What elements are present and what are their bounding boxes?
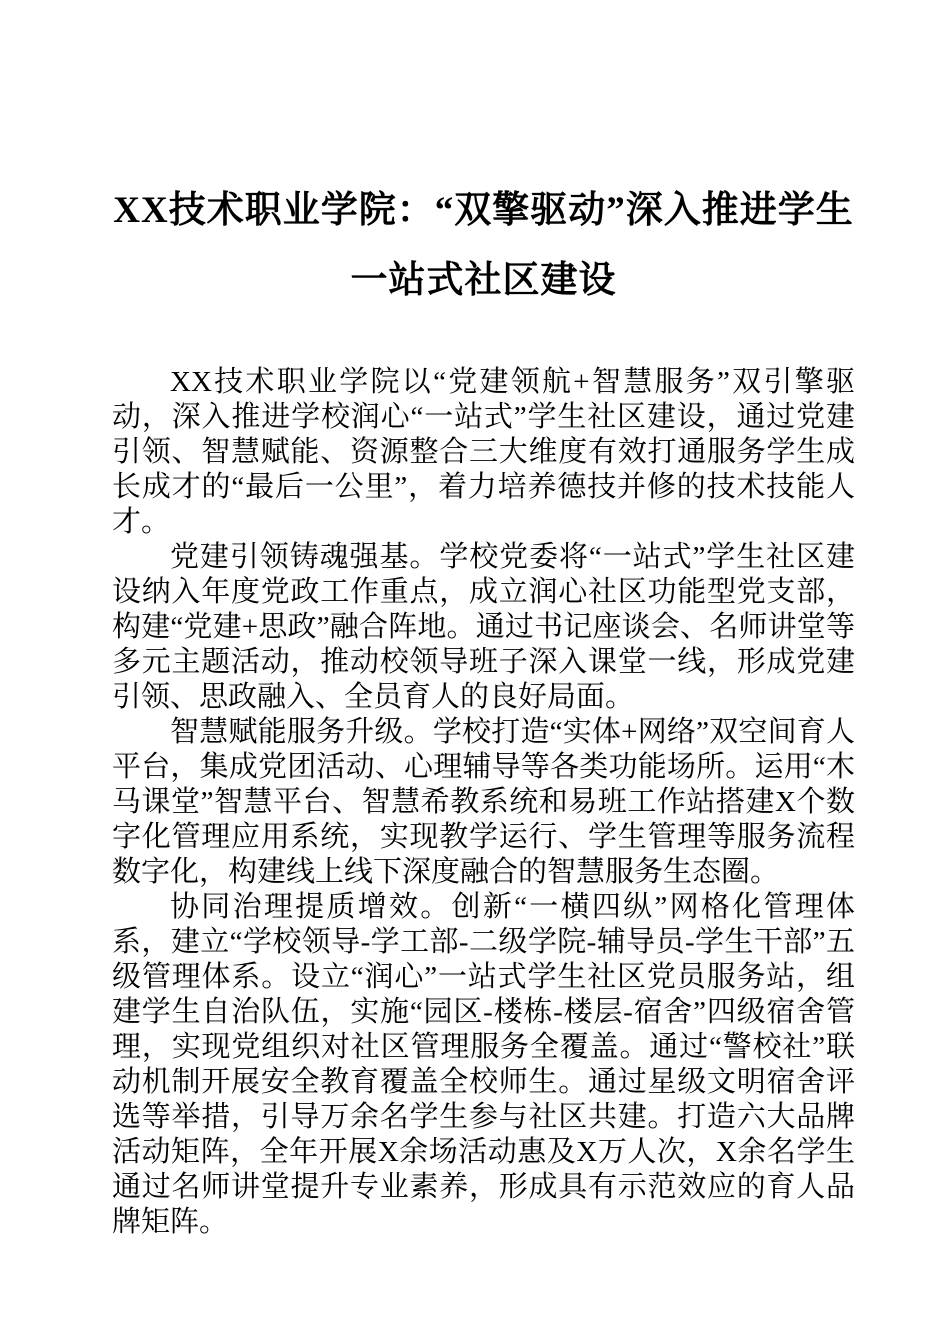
document-body: XX技术职业学院以“党建领航+智慧服务”双引擎驱动，深入推进学校润心“一站式”学… <box>112 365 855 1240</box>
document-page: XX技术职业学院：“双擎驱动”深入推进学生一站式社区建设 XX技术职业学院以“党… <box>0 0 950 1344</box>
paragraph-smart-service: 智慧赋能服务升级。学校打造“实体+网络”双空间育人平台，集成党团活动、心理辅导等… <box>112 715 855 890</box>
document-title: XX技术职业学院：“双擎驱动”深入推进学生一站式社区建设 <box>112 176 855 316</box>
paragraph-governance: 协同治理提质增效。创新“一横四纵”网格化管理体系，建立“学校领导-学工部-二级学… <box>112 890 855 1240</box>
paragraph-intro: XX技术职业学院以“党建领航+智慧服务”双引擎驱动，深入推进学校润心“一站式”学… <box>112 365 855 540</box>
paragraph-party-building: 党建引领铸魂强基。学校党委将“一站式”学生社区建设纳入年度党政工作重点，成立润心… <box>112 540 855 715</box>
